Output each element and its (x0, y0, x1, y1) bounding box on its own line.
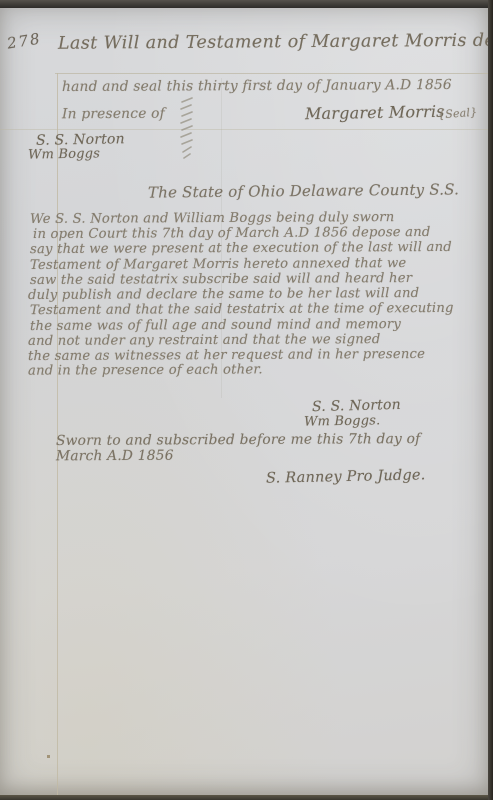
will-closing-line: hand and seal this thirty first day of J… (62, 77, 452, 95)
photo-edge-right (488, 0, 493, 800)
probate-body-line: and not under any restraint and that the… (28, 332, 381, 349)
judge-signature: S. Ranney Pro Judge. (266, 467, 426, 486)
ruled-line (0, 129, 488, 130)
probate-heading: The State of Ohio Delaware County S.S. (148, 180, 459, 201)
testator-signature: Margaret Morris (305, 102, 445, 123)
probate-body-line: and in the presence of each other. (28, 362, 263, 378)
record-book-photo: 278 Last Will and Testament of Margaret … (0, 0, 493, 800)
probate-witness-signature-1: S. S. Norton (312, 397, 401, 415)
probate-body-line: the same as witnesses at her request and… (28, 347, 425, 364)
will-witness-2: Wm Boggs (28, 146, 100, 162)
page-number: 278 (6, 29, 43, 52)
seal-mark: {Seal} (438, 106, 478, 122)
presence-label: In presence of (62, 106, 165, 123)
jurat-line-2: March A.D 1856 (56, 448, 174, 465)
ink-flourish (178, 96, 196, 160)
paper-speck (47, 755, 50, 758)
page-title: Last Will and Testament of Margaret Morr… (58, 30, 493, 53)
probate-body-line: Testament and that the said testatrix at… (30, 301, 454, 318)
photo-edge-top (0, 0, 493, 8)
header-rule-line (55, 73, 488, 74)
jurat-line-1: Sworn to and subscribed before me this 7… (56, 431, 420, 449)
probate-witness-signature-2: Wm Boggs. (304, 413, 381, 429)
probate-body-line: We S. S. Norton and William Boggs being … (30, 210, 395, 227)
probate-body-line: say that we were present at the executio… (30, 240, 452, 257)
photo-edge-bottom (0, 795, 493, 800)
ledger-page: 278 Last Will and Testament of Margaret … (0, 8, 488, 795)
